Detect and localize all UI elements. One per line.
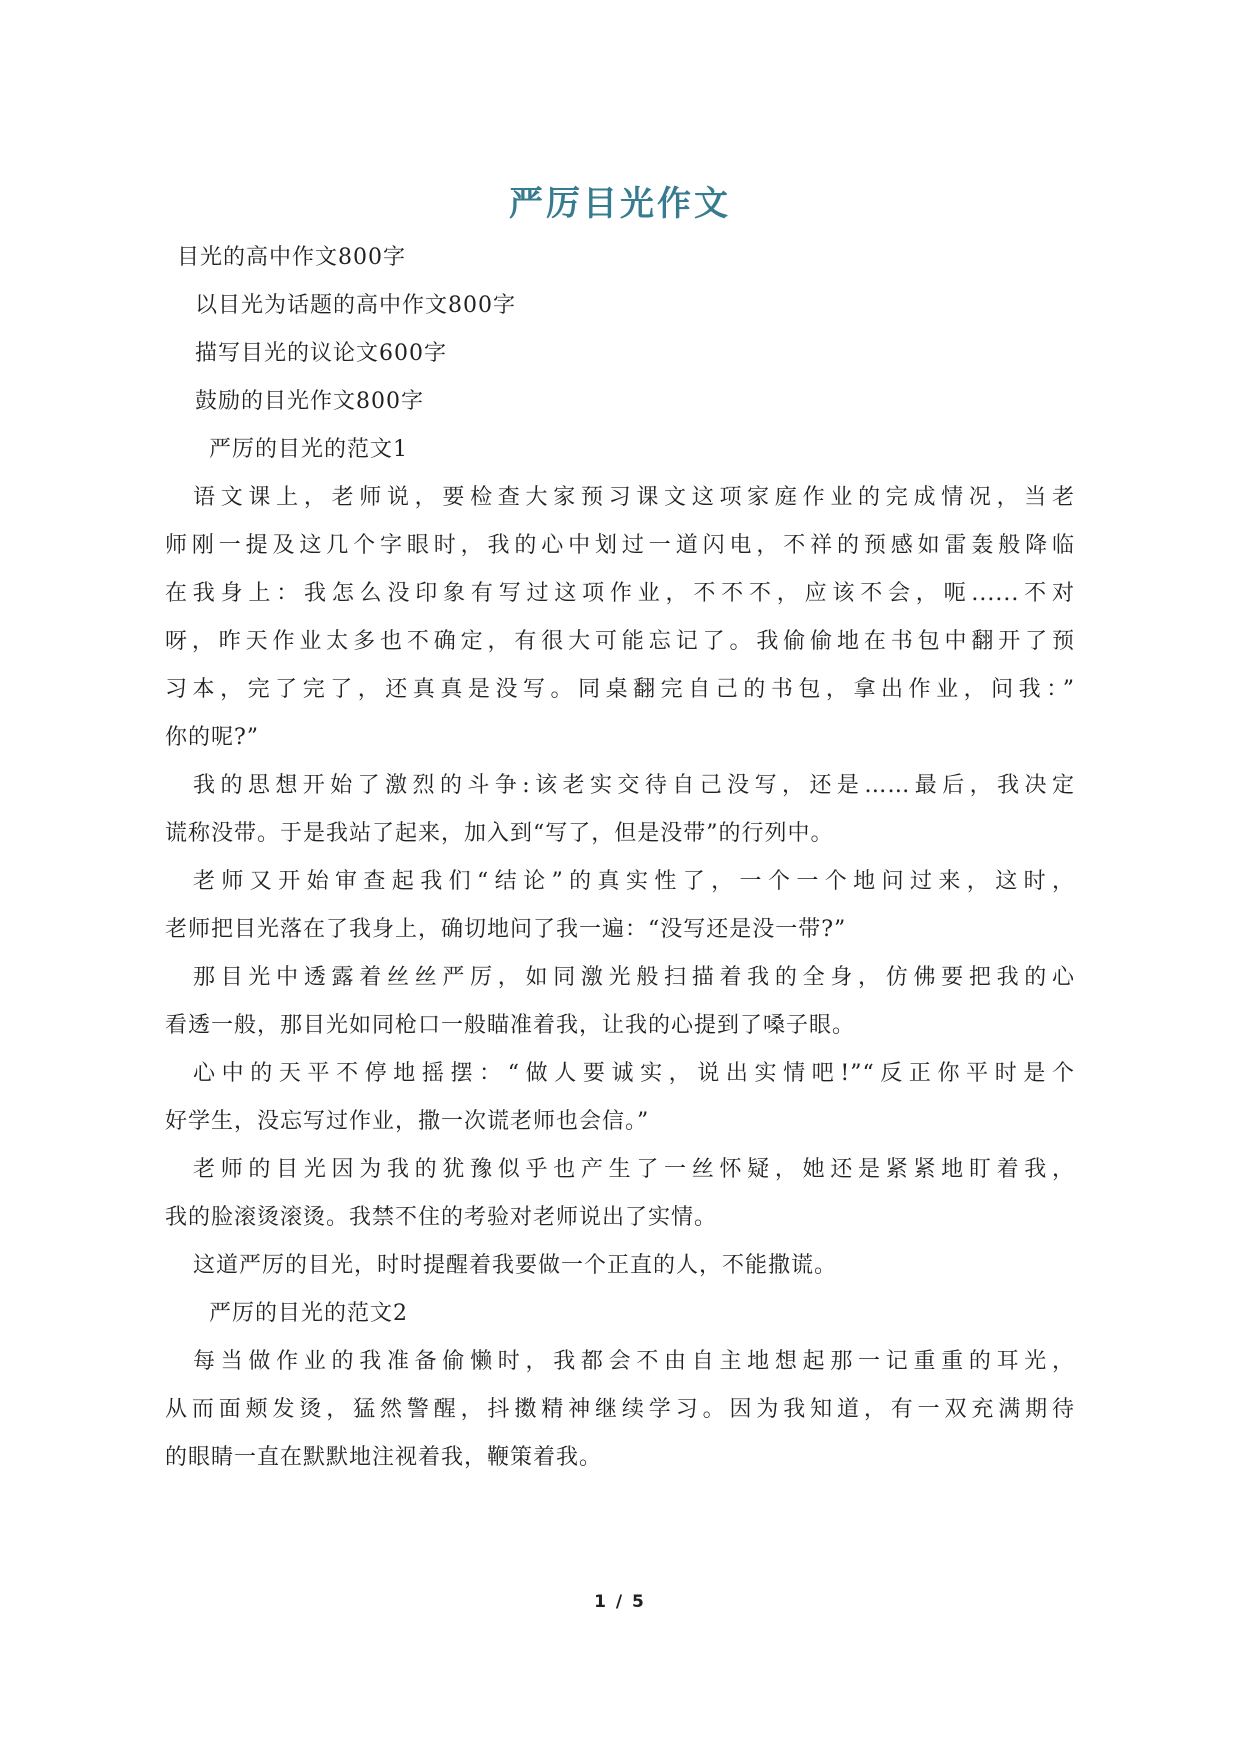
essay-line: 目光的高中作文800字: [165, 234, 1075, 282]
document-title: 严厉目光作文: [0, 176, 1240, 225]
essay-line: 严厉的目光的范文1: [165, 426, 1075, 474]
essay-line: 每当做作业的我准备偷懒时，我都会不由自主地想起那一记重重的耳光，: [165, 1338, 1075, 1386]
essay-line: 描写目光的议论文600字: [165, 330, 1075, 378]
essay-line: 老师把目光落在了我身上，确切地问了我一遍：“没写还是没一带?”: [165, 906, 1075, 954]
essay-line: 老师的目光因为我的犹豫似乎也产生了一丝怀疑，她还是紧紧地盯着我，: [165, 1146, 1075, 1194]
essay-line: 我的思想开始了激烈的斗争:该老实交待自己没写，还是……最后，我决定: [165, 762, 1075, 810]
essay-lines: 目光的高中作文800字以目光为话题的高中作文800字描写目光的议论文600字鼓励…: [165, 234, 1075, 1482]
essay-line: 这道严厉的目光，时时提醒着我要做一个正直的人，不能撒谎。: [165, 1242, 1075, 1290]
essay-line: 鼓励的目光作文800字: [165, 378, 1075, 426]
essay-line: 习本，完了完了，还真真是没写。同桌翻完自己的书包，拿出作业，问我：”: [165, 666, 1075, 714]
essay-line: 呀，昨天作业太多也不确定，有很大可能忘记了。我偷偷地在书包中翻开了预: [165, 618, 1075, 666]
essay-line: 在我身上：我怎么没印象有写过这项作业，不不不，应该不会，呃......不对: [165, 570, 1075, 618]
document-page: 严厉目光作文 目光的高中作文800字以目光为话题的高中作文800字描写目光的议论…: [0, 0, 1240, 1753]
essay-line: 那目光中透露着丝丝严厉，如同激光般扫描着我的全身，仿佛要把我的心: [165, 954, 1075, 1002]
essay-line: 看透一般，那目光如同枪口一般瞄准着我，让我的心提到了嗓子眼。: [165, 1002, 1075, 1050]
essay-line: 老师又开始审查起我们“结论”的真实性了，一个一个地问过来，这时，: [165, 858, 1075, 906]
essay-line: 你的呢?”: [165, 714, 1075, 762]
essay-line: 的眼睛一直在默默地注视着我，鞭策着我。: [165, 1434, 1075, 1482]
page-number: 1 / 5: [0, 1592, 1240, 1612]
essay-line: 严厉的目光的范文2: [165, 1290, 1075, 1338]
essay-line: 语文课上，老师说，要检查大家预习课文这项家庭作业的完成情况，当老: [165, 474, 1075, 522]
essay-line: 以目光为话题的高中作文800字: [165, 282, 1075, 330]
essay-line: 好学生，没忘写过作业，撒一次谎老师也会信。”: [165, 1098, 1075, 1146]
essay-line: 谎称没带。于是我站了起来，加入到“写了，但是没带”的行列中。: [165, 810, 1075, 858]
essay-line: 心中的天平不停地摇摆：“做人要诚实，说出实情吧!”“反正你平时是个: [165, 1050, 1075, 1098]
essay-line: 师刚一提及这几个字眼时，我的心中划过一道闪电，不祥的预感如雷轰般降临: [165, 522, 1075, 570]
essay-line: 从而面颊发烫，猛然警醒，抖擞精神继续学习。因为我知道，有一双充满期待: [165, 1386, 1075, 1434]
essay-line: 我的脸滚烫滚烫。我禁不住的考验对老师说出了实情。: [165, 1194, 1075, 1242]
